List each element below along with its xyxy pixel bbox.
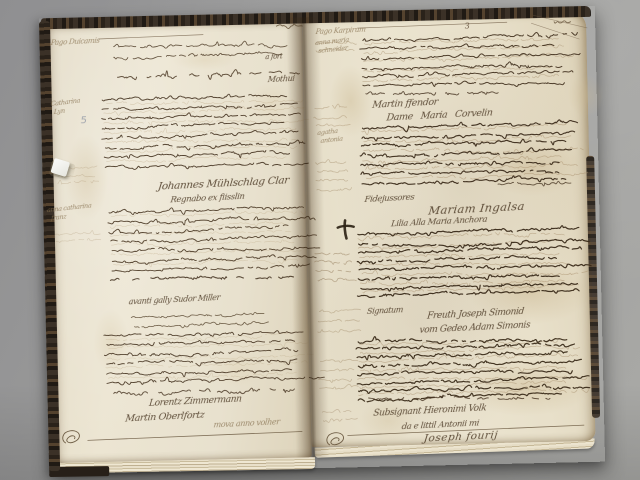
page-number: 3 [464, 21, 470, 30]
left-margin-note: Lyn [54, 107, 65, 116]
left-date-word: Mothui [267, 74, 295, 84]
signatum-label: Signatum [367, 305, 404, 316]
left-margin-note: franz [51, 212, 67, 222]
right-page [302, 11, 596, 447]
pencil-number: 5 [80, 115, 87, 126]
left-note-right: a fort [265, 52, 283, 61]
manuscript-book: Pago Duicamis Catharina Lyn 5 anna catha… [39, 6, 605, 474]
photo-background: Pago Duicamis Catharina Lyn 5 anna catha… [0, 0, 640, 480]
